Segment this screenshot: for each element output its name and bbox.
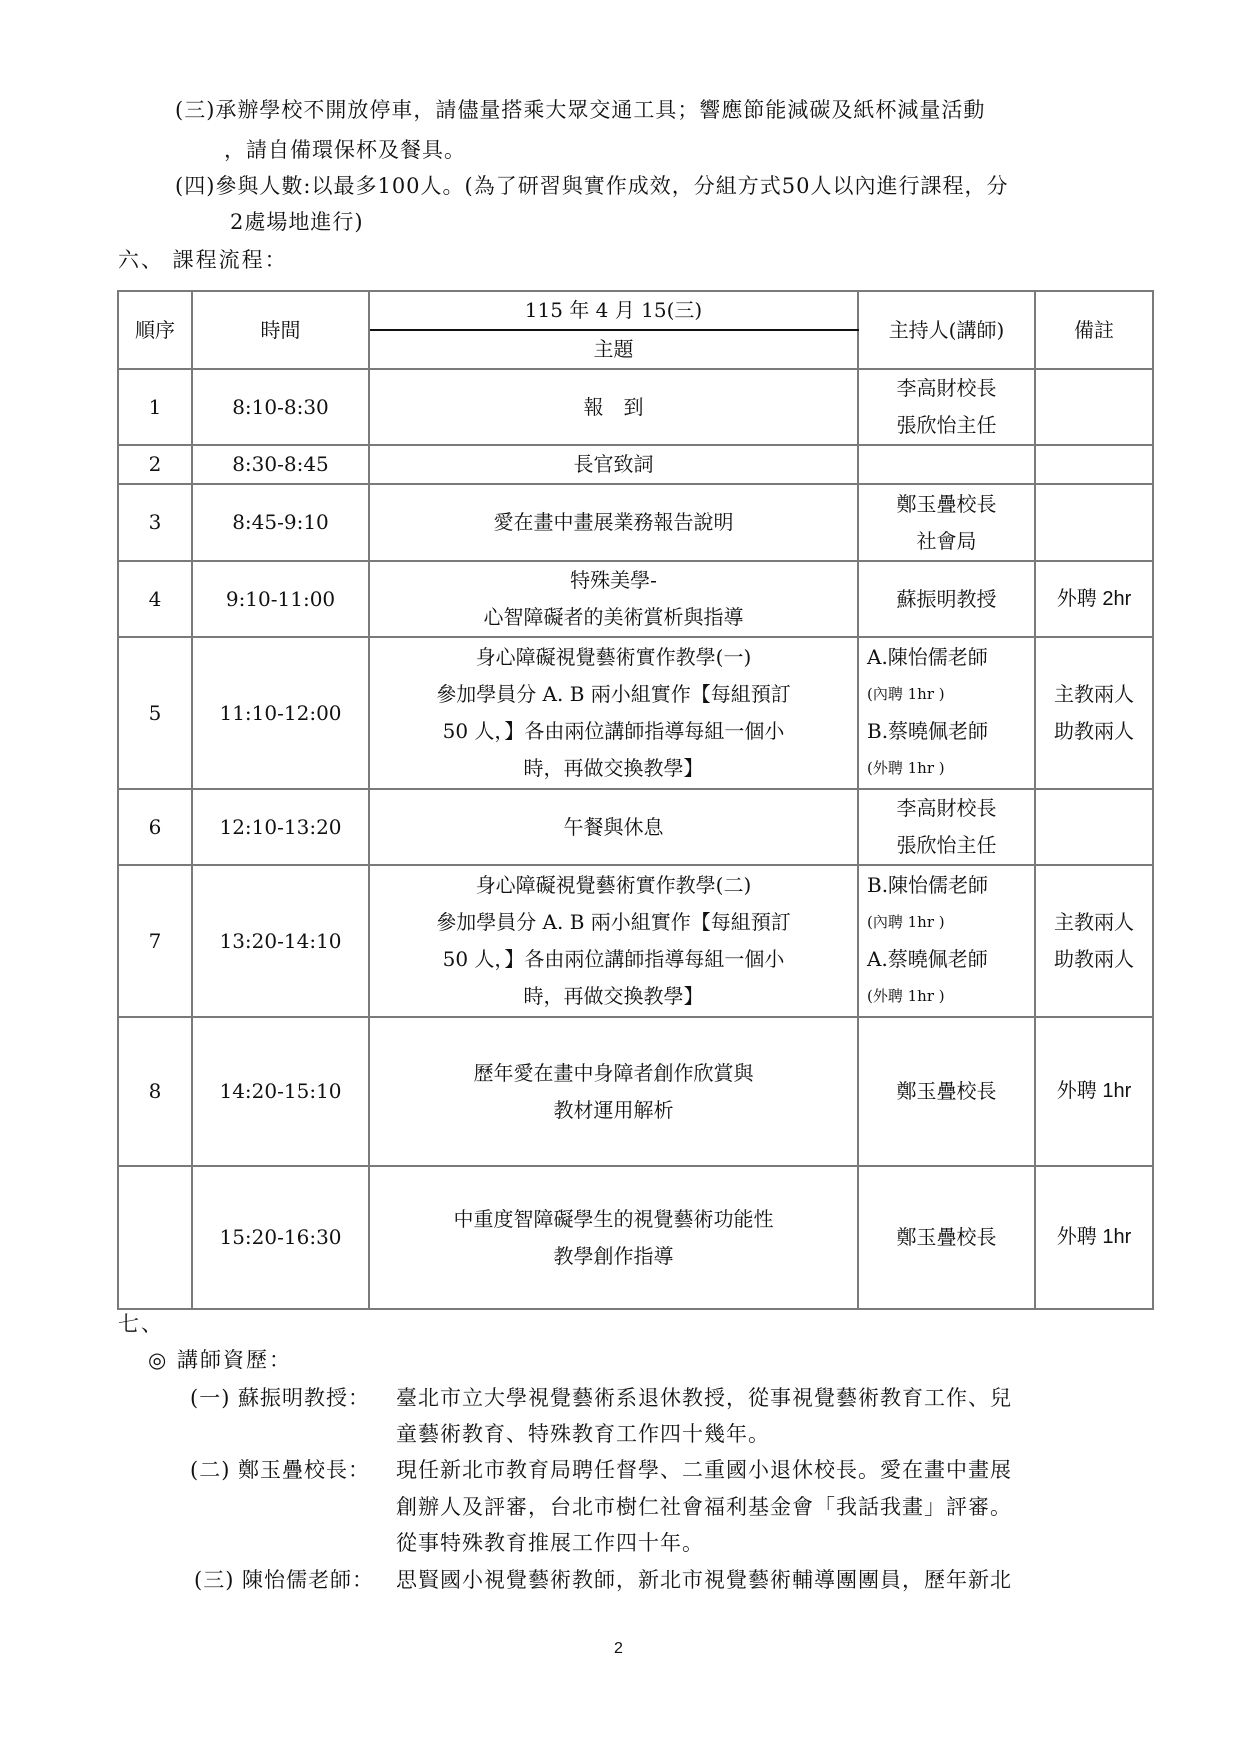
cell-time: 8:45-9:10 [192, 484, 369, 561]
cell-host-line: 李高財校長 [859, 790, 1034, 827]
cell-host-line: (內聘 1hr ) [867, 904, 1034, 941]
cell-remark-line: 主教兩人 [1036, 676, 1152, 713]
cell-topic: 歷年愛在畫中身障者創作欣賞與教材運用解析 [369, 1017, 858, 1166]
note-label: (三) [175, 98, 215, 122]
header-host: 主持人(講師) [858, 291, 1035, 369]
cell-topic-line: 時，再做交換教學】 [370, 750, 857, 787]
note-label: (四) [175, 174, 215, 198]
cell-host: A.陳怡儒老師(內聘 1hr )B.蔡曉佩老師(外聘 1hr ) [858, 637, 1035, 789]
schedule-table: 順序 時間 115 年 4 月 15(三) 主持人(講師) 備註 主題 18:1… [117, 290, 1154, 1310]
cell-remark-line: 外聘 1hr [1036, 1073, 1152, 1110]
cell-time: 8:30-8:45 [192, 445, 369, 484]
note-item-4: (四)參與人數:以最多100人。(為了研習與實作成效，分組方式50人以內進行課程… [175, 172, 1008, 200]
cell-host [858, 445, 1035, 484]
cell-order: 5 [118, 637, 192, 789]
cell-remark [1035, 484, 1153, 561]
cell-time: 12:10-13:20 [192, 789, 369, 865]
cell-host-line: 鄭玉疊校長 [859, 1219, 1034, 1256]
bio-2-line-3: 從事特殊教育推展工作四十年。 [396, 1529, 704, 1557]
cell-topic-line: 教學創作指導 [370, 1238, 857, 1275]
bio-3-label: (三) 陳怡儒老師： [194, 1566, 374, 1594]
cell-remark [1035, 789, 1153, 865]
cell-remark-line: 主教兩人 [1036, 904, 1152, 941]
cell-host: 鄭玉疊校長社會局 [858, 484, 1035, 561]
cell-time: 14:20-15:10 [192, 1017, 369, 1166]
cell-host: 李高財校長張欣怡主任 [858, 369, 1035, 445]
cell-remark-line: 外聘 2hr [1036, 581, 1152, 618]
cell-time: 9:10-11:00 [192, 561, 369, 637]
bio-1-label: (一) 蘇振明教授： [190, 1384, 370, 1412]
section-6-title: 六、 課程流程： [118, 246, 288, 274]
table-row: 38:45-9:10愛在畫中畫展業務報告說明鄭玉疊校長社會局 [118, 484, 1153, 561]
cell-remark: 主教兩人助教兩人 [1035, 865, 1153, 1017]
table-row: 15:20-16:30中重度智障礙學生的視覺藝術功能性教學創作指導鄭玉疊校長外聘… [118, 1166, 1153, 1309]
cell-topic-line: 長官致詞 [370, 446, 857, 483]
cell-topic: 愛在畫中畫展業務報告說明 [369, 484, 858, 561]
cell-order: 3 [118, 484, 192, 561]
cell-topic-line: 身心障礙視覺藝術實作教學(一) [370, 639, 857, 676]
cell-topic: 午餐與休息 [369, 789, 858, 865]
cell-remark [1035, 369, 1153, 445]
cell-host-line: 張欣怡主任 [859, 827, 1034, 864]
cell-topic-line: 中重度智障礙學生的視覺藝術功能性 [370, 1201, 857, 1238]
cell-topic: 身心障礙視覺藝術實作教學(一)參加學員分 A. B 兩小組實作【每組預訂50 人… [369, 637, 858, 789]
cell-topic-line: 參加學員分 A. B 兩小組實作【每組預訂 [370, 676, 857, 713]
cell-topic-line: 特殊美學- [370, 562, 857, 599]
note-text: 參與人數:以最多100人。(為了研習與實作成效，分組方式50人以內進行課程，分 [215, 174, 1008, 198]
note-item-4-cont: 2處場地進行) [230, 208, 364, 236]
cell-host-line: 鄭玉疊校長 [859, 486, 1034, 523]
cell-host-line: (內聘 1hr ) [867, 676, 1034, 713]
cell-host: 鄭玉疊校長 [858, 1166, 1035, 1309]
cell-remark: 外聘 2hr [1035, 561, 1153, 637]
bio-2-line-1: 現任新北市教育局聘任督學、二重國小退休校長。愛在畫中畫展 [396, 1456, 1012, 1484]
header-remark: 備註 [1035, 291, 1153, 369]
cell-remark [1035, 445, 1153, 484]
cell-topic-line: 愛在畫中畫展業務報告說明 [370, 504, 857, 541]
cell-remark-line: 外聘 1hr [1036, 1219, 1152, 1256]
header-row: 順序 時間 115 年 4 月 15(三) 主持人(講師) 備註 [118, 291, 1153, 330]
section-7-subtitle: ◎ 講師資歷： [148, 1346, 292, 1374]
cell-host-line: B.陳怡儒老師 [867, 867, 1034, 904]
cell-host-line: 鄭玉疊校長 [859, 1073, 1034, 1110]
cell-topic-line: 參加學員分 A. B 兩小組實作【每組預訂 [370, 904, 857, 941]
bio-3-line-1: 思賢國小視覺藝術教師，新北市視覺藝術輔導團團員，歷年新北 [396, 1566, 1012, 1594]
cell-host-line: 張欣怡主任 [859, 407, 1034, 444]
cell-remark: 主教兩人助教兩人 [1035, 637, 1153, 789]
cell-host-line: 社會局 [859, 523, 1034, 560]
page-number: 2 [614, 1640, 623, 1658]
cell-remark: 外聘 1hr [1035, 1017, 1153, 1166]
table-row: 49:10-11:00特殊美學-心智障礙者的美術賞析與指導蘇振明教授外聘 2hr [118, 561, 1153, 637]
header-topic: 主題 [369, 330, 858, 369]
cell-topic-line: 身心障礙視覺藝術實作教學(二) [370, 867, 857, 904]
cell-time: 8:10-8:30 [192, 369, 369, 445]
cell-topic-line: 午餐與休息 [370, 809, 857, 846]
header-order: 順序 [118, 291, 192, 369]
bio-2-label: (二) 鄭玉疊校長： [190, 1456, 370, 1484]
cell-topic-line: 50 人，】各由兩位講師指導每組一個小 [370, 713, 857, 750]
cell-host: 李高財校長張欣怡主任 [858, 789, 1035, 865]
cell-host-line: B.蔡曉佩老師 [867, 713, 1034, 750]
table-row: 612:10-13:20午餐與休息李高財校長張欣怡主任 [118, 789, 1153, 865]
cell-topic-line: 報 到 [370, 389, 857, 426]
cell-order: 7 [118, 865, 192, 1017]
cell-remark-line: 助教兩人 [1036, 941, 1152, 978]
cell-topic-line: 歷年愛在畫中身障者創作欣賞與 [370, 1055, 857, 1092]
table-row: 814:20-15:10歷年愛在畫中身障者創作欣賞與教材運用解析鄭玉疊校長外聘 … [118, 1017, 1153, 1166]
cell-host-line: (外聘 1hr ) [867, 978, 1034, 1015]
cell-topic-line: 教材運用解析 [370, 1092, 857, 1129]
cell-order: 6 [118, 789, 192, 865]
cell-host: 鄭玉疊校長 [858, 1017, 1035, 1166]
header-date: 115 年 4 月 15(三) [369, 291, 858, 330]
table-row: 511:10-12:00身心障礙視覺藝術實作教學(一)參加學員分 A. B 兩小… [118, 637, 1153, 789]
table-row: 28:30-8:45長官致詞 [118, 445, 1153, 484]
cell-host: 蘇振明教授 [858, 561, 1035, 637]
cell-host: B.陳怡儒老師(內聘 1hr )A.蔡曉佩老師(外聘 1hr ) [858, 865, 1035, 1017]
table-row: 713:20-14:10身心障礙視覺藝術實作教學(二)參加學員分 A. B 兩小… [118, 865, 1153, 1017]
cell-remark-line: 助教兩人 [1036, 713, 1152, 750]
table-row: 18:10-8:30報 到李高財校長張欣怡主任 [118, 369, 1153, 445]
cell-host-line: 李高財校長 [859, 370, 1034, 407]
cell-topic-line: 心智障礙者的美術賞析與指導 [370, 599, 857, 636]
cell-time: 13:20-14:10 [192, 865, 369, 1017]
cell-order: 4 [118, 561, 192, 637]
note-item-3-cont: ，請自備環保杯及餐具。 [224, 136, 466, 164]
cell-time: 15:20-16:30 [192, 1166, 369, 1309]
cell-host-line: A.陳怡儒老師 [867, 639, 1034, 676]
cell-order [118, 1166, 192, 1309]
cell-time: 11:10-12:00 [192, 637, 369, 789]
header-time: 時間 [192, 291, 369, 369]
cell-topic: 報 到 [369, 369, 858, 445]
cell-topic-line: 50 人，】各由兩位講師指導每組一個小 [370, 941, 857, 978]
cell-topic: 中重度智障礙學生的視覺藝術功能性教學創作指導 [369, 1166, 858, 1309]
cell-remark: 外聘 1hr [1035, 1166, 1153, 1309]
note-text: 承辦學校不開放停車，請儘量搭乘大眾交通工具；響應節能減碳及紙杯減量活動 [215, 98, 985, 122]
bio-1-line-1: 臺北市立大學視覺藝術系退休教授，從事視覺藝術教育工作、兒 [396, 1384, 1012, 1412]
note-item-3: (三)承辦學校不開放停車，請儘量搭乘大眾交通工具；響應節能減碳及紙杯減量活動 [175, 96, 985, 124]
cell-topic: 身心障礙視覺藝術實作教學(二)參加學員分 A. B 兩小組實作【每組預訂50 人… [369, 865, 858, 1017]
bio-1-line-2: 童藝術教育、特殊教育工作四十幾年。 [396, 1420, 770, 1448]
cell-topic: 長官致詞 [369, 445, 858, 484]
cell-topic: 特殊美學-心智障礙者的美術賞析與指導 [369, 561, 858, 637]
cell-order: 8 [118, 1017, 192, 1166]
cell-topic-line: 時，再做交換教學】 [370, 978, 857, 1015]
section-7-title: 七、 [118, 1310, 164, 1338]
cell-host-line: A.蔡曉佩老師 [867, 941, 1034, 978]
cell-order: 1 [118, 369, 192, 445]
cell-host-line: (外聘 1hr ) [867, 750, 1034, 787]
cell-host-line: 蘇振明教授 [859, 581, 1034, 618]
cell-order: 2 [118, 445, 192, 484]
bio-2-line-2: 創辦人及評審，台北市樹仁社會福利基金會「我話我畫」評審。 [396, 1493, 1012, 1521]
